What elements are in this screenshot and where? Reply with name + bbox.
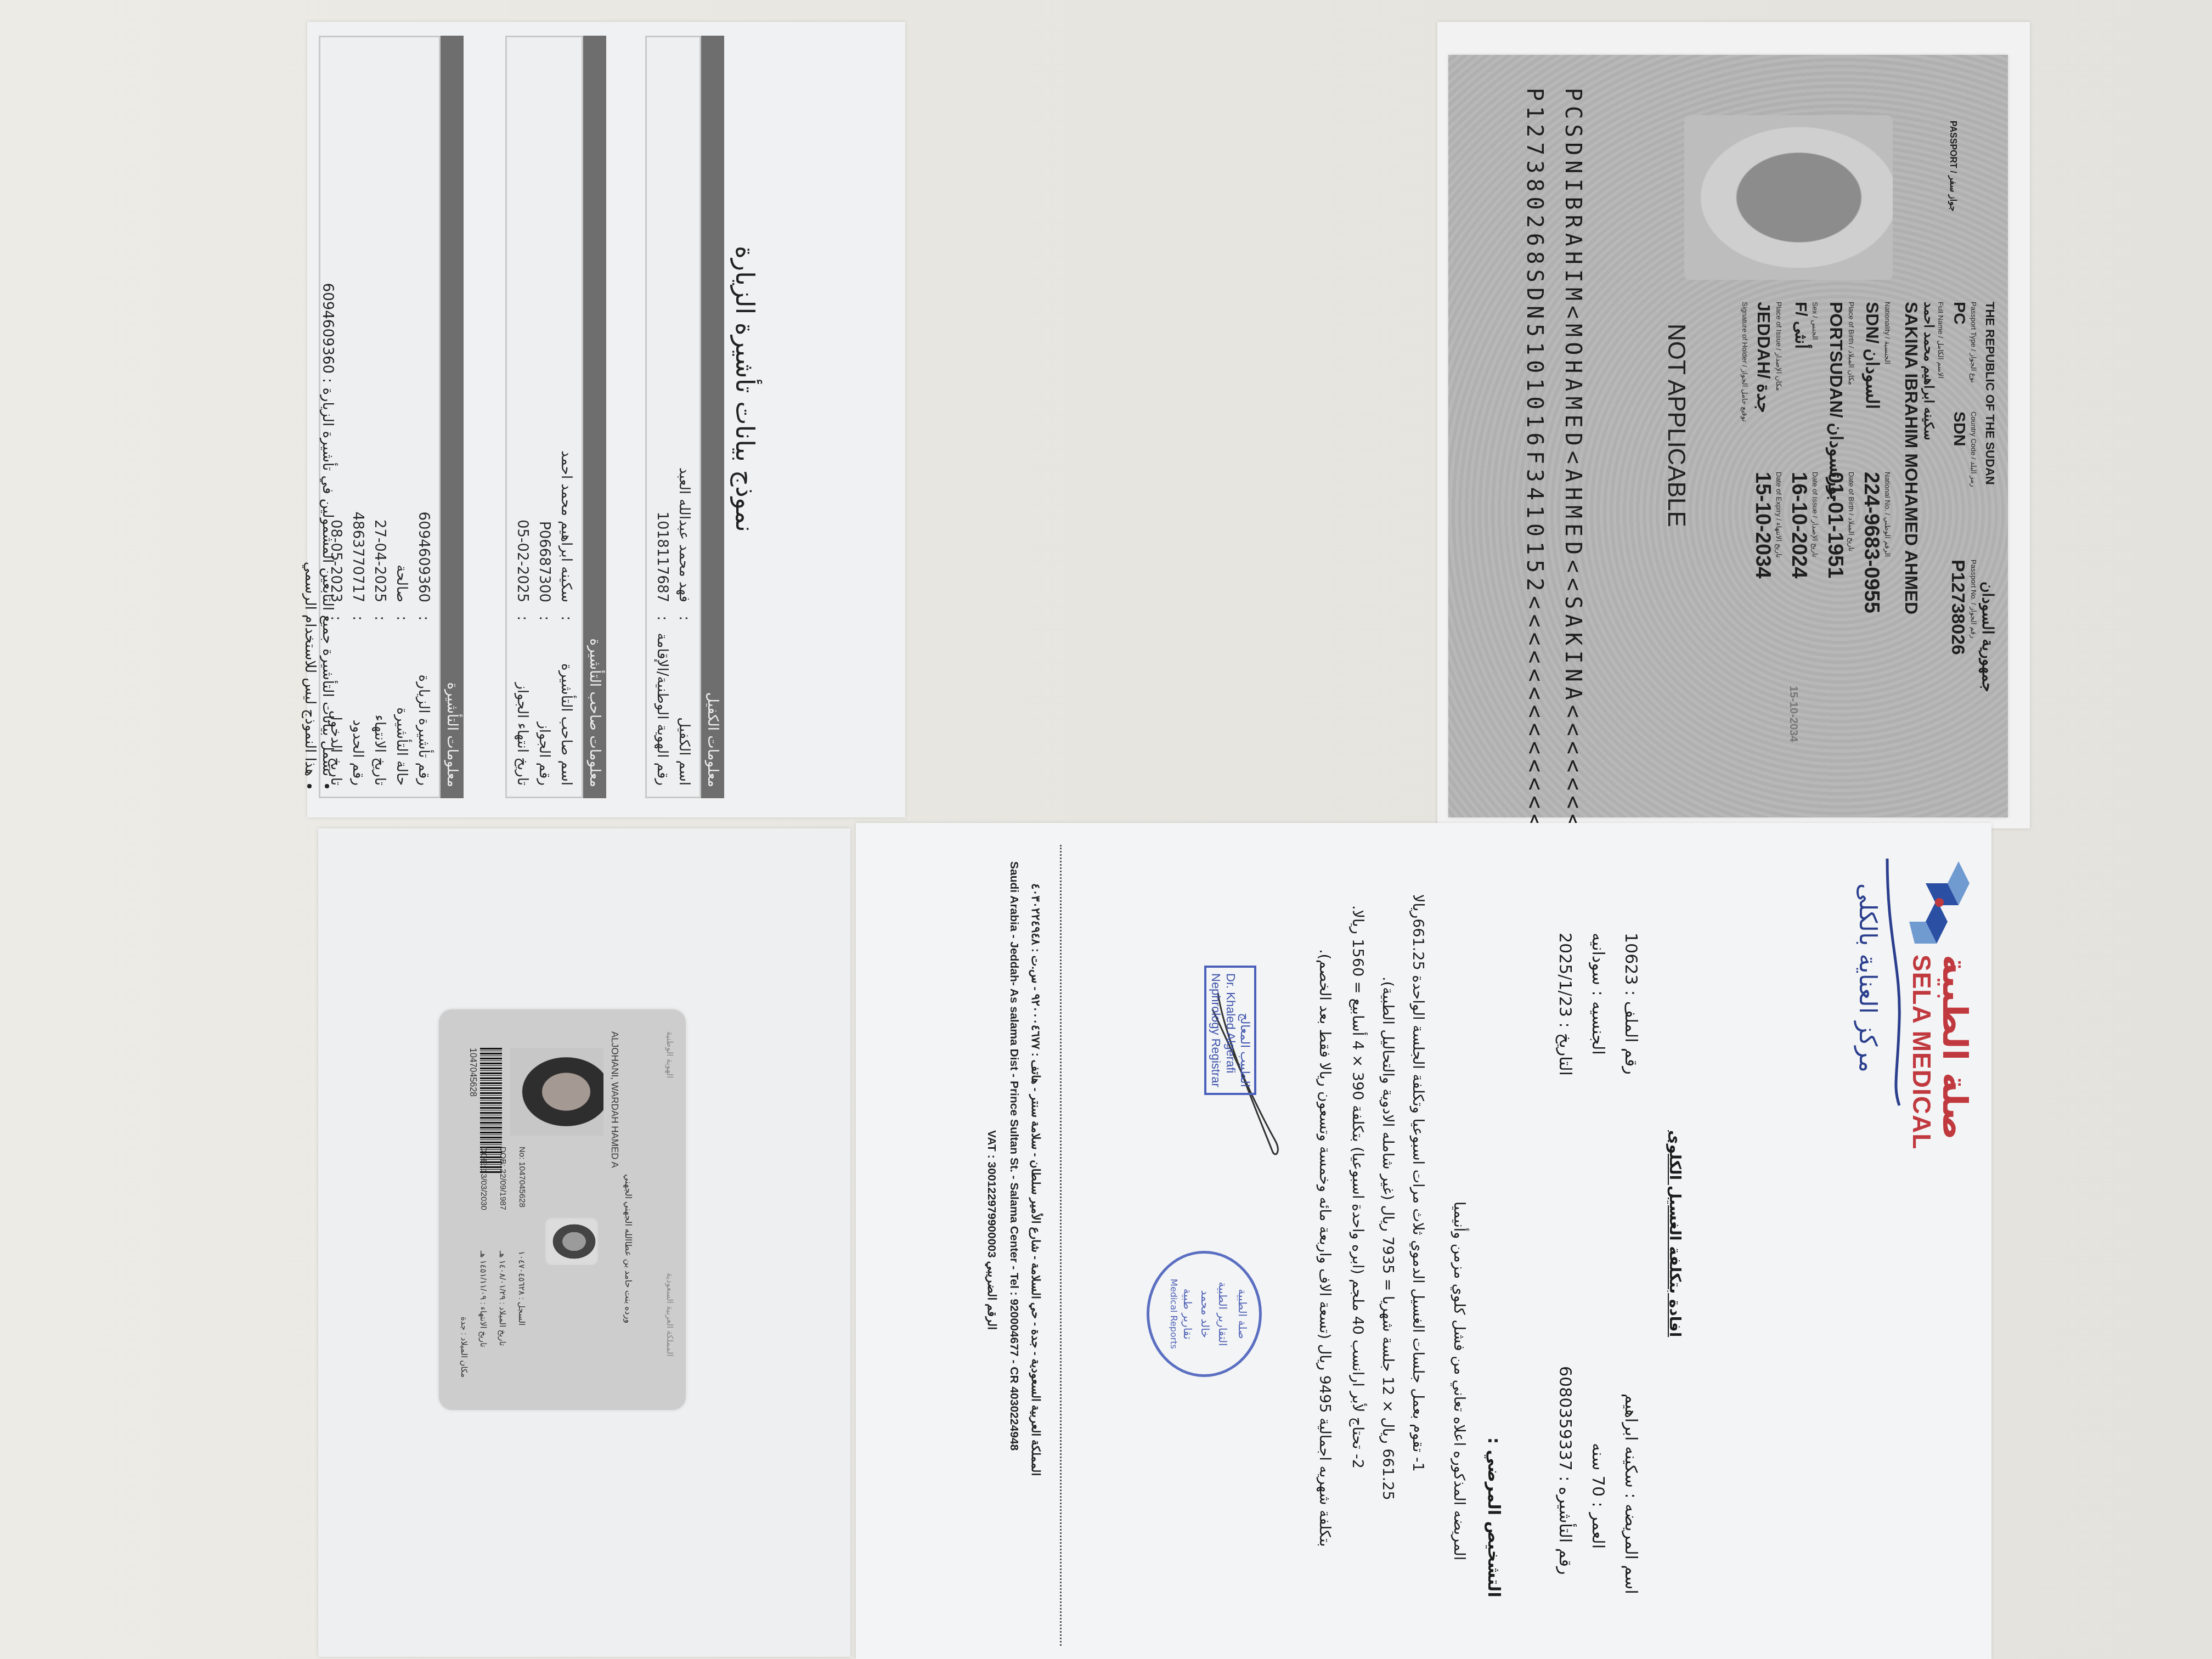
form-notes: تشمل بيانات التأشيرة جميع التابعين المشم… (301, 14, 337, 798)
passport-number: P12738026 (1947, 560, 1968, 655)
file-number-field: رقم الملف : 10623 (1621, 933, 1640, 1075)
id-header-ar: المملكة العربية السعودية (665, 1273, 675, 1357)
ghost-expiry: 15-10-2034 (1787, 686, 1799, 742)
national-id-card: الهوية الوطنية المملكة العربية السعودية … (439, 1009, 686, 1410)
visa-info-section: معلومات التأشيرة رقم تأشيرة الزيارة : 60… (319, 36, 464, 798)
place-of-issue: JEDDAH/ جدة (1753, 302, 1774, 413)
sela-medical-logo-icon (1907, 861, 1970, 944)
country-name-ar: جمهورية السودان (1979, 582, 1997, 692)
monthly-dialysis-line: 661.25 ريال × 12 جلسة شهريا = 7935 ريال … (1379, 977, 1396, 1500)
form-row-visa-expiry: تاريخ الانتهاء : 27-04-2025 (369, 48, 391, 786)
id-dob-row: DOB: 22/09/1987 (498, 1147, 507, 1210)
nationality-field: الجنسيه : سودانيه (1588, 933, 1607, 1055)
injection-cost-line: 2- تحتاج لأبر ارانسب 40 ملجم (ابره واحدة… (1349, 905, 1366, 1469)
barcode-number: 1047045628 (467, 1048, 477, 1097)
id-doe-row: DOE: 13/03/2030 (479, 1147, 488, 1210)
id-header-ar2: الهوية الوطنية (665, 1031, 675, 1078)
footer-vat: VAT : 300122979900003 الرقم الضريبي (985, 1130, 998, 1330)
dialysis-cost-line: 1- تقوم بعمل جلسات الغسيل الدموي ثلاث مر… (1409, 894, 1426, 1472)
logo-name-en: SELA MEDICAL (1907, 955, 1937, 1149)
visa-form-title: نموذج بيانات تأشيرة الزيارة (730, 246, 760, 532)
footer-divider (1060, 845, 1062, 1646)
form-row-sponsor-id: رقم الهوية الوطنية/الإقامة : 1018117687 (651, 48, 673, 786)
logo-wave-divider (1882, 856, 1904, 1108)
signature-not-applicable: NOT APPLICABLE (1662, 324, 1690, 527)
visa-holder-section: معلومات صاحب التأشيرة اسم صاحب التأشيرة … (505, 36, 606, 798)
medical-letter-sheet: صلة الطبية SELA MEDICAL مركز العناية بال… (856, 823, 1991, 1659)
country-name-en: THE REPUBLIC OF THE SUDAN (1983, 302, 1997, 485)
logo-name-ar: صلة الطبية (1935, 955, 1975, 1140)
visa-data-form-sheet: نموذج بيانات تأشيرة الزيارة معلومات الكف… (307, 22, 905, 817)
id-name-en: ALJOHANI, WARDAH HAMED A (609, 1031, 620, 1168)
diagnosis-heading: التشخيص المرضي : (1484, 1437, 1503, 1598)
form-row-passport-expiry: تاريخ انتهاء الجواز : 05-02-2025 (511, 48, 533, 786)
date-of-birth: 01-01-1951 (1823, 472, 1847, 578)
form-row-passport-no: رقم الجواز : P06687300 (533, 48, 555, 786)
footer-address-en: Saudi Arabia - Jeddah- As salama Dist - … (1007, 861, 1020, 1451)
date-of-issue: 16-10-2024 (1787, 472, 1810, 578)
mrz-line-2: P127380268SDN5101016F3410152<<<<<<<<<<<<… (1522, 88, 1547, 905)
footer-address-ar: المملكة العربية السعودية - جدة - حي السل… (1029, 883, 1042, 1476)
id-name-ar: ورده بنت حامد بن عطاالله الجهني الجهني (623, 1174, 634, 1323)
id-number-ar: السجل : ١٠٤٧٠٤٥٦٢٨ (517, 1251, 527, 1325)
total-cost-line: بتكلفة شهريه اجمالية 9495 ريال (تسعة الا… (1316, 949, 1333, 1547)
national-number: 224-9683-0955 (1859, 472, 1883, 613)
id-birthplace-ar: مكان الميلاد : جدة (459, 1317, 469, 1378)
id-dob-ar: تاريخ الميلاد : ١٤٠٨/٠١/٢٩ هـ (498, 1251, 507, 1346)
passport-type: PC (1950, 302, 1968, 325)
form-row-sponsor-name: اسم الكفيل : فهد محمد عبدالله العبد (673, 48, 695, 786)
visa-form-content: نموذج بيانات تأشيرة الزيارة معلومات الكف… (307, 22, 905, 817)
section-header: معلومات الكفيل (701, 36, 724, 798)
nationality: SDN/ السودان (1862, 302, 1883, 409)
id-ghost-photo (545, 1218, 598, 1265)
id-number-row: No: 1047045628 (517, 1147, 527, 1207)
id-doe-ar: تاريخ الانتهاء : ١٤٥١/١١/٠٩ هـ (478, 1251, 488, 1347)
logo-subtitle-ar: مركز العناية بالكلى (1854, 883, 1882, 1073)
passport-data-page: PASSPORT / جواز سفر THE REPUBLIC OF THE … (1448, 55, 2008, 817)
form-row-visa-number: رقم تأشيرة الزيارة : 6094609360 (413, 48, 435, 786)
form-row-border-number: رقم الحدود : 4863770717 (347, 48, 369, 786)
date-of-expiry: 15-10-2034 (1751, 472, 1774, 578)
letter-title: افادة بتكلفة الغسيل الكلوى (1666, 1130, 1684, 1337)
age-field: العمر : 70 سنه (1588, 1443, 1607, 1549)
full-name-ar: سكينه ابراهيم محمد احمد (1921, 302, 1937, 441)
medical-reports-stamp: صلة الطبية التقارير الطبية خالد محمد تقا… (1147, 1251, 1262, 1377)
diagnosis-line: المريضه المذكوره اعلاه تعاني من فشل كلوي… (1451, 1201, 1468, 1560)
mrz-line-1: PCSDNIBRAHIM<MOHAMED<AHMED<<SAKINA<<<<<<… (1560, 88, 1585, 923)
sex: F/ أنثى (1791, 302, 1810, 349)
form-row-visa-status: حالة التأشيرة : صالحة (391, 48, 413, 786)
section-header: معلومات صاحب التأشيرة (583, 36, 606, 798)
visa-number-field: رقم التأشيره : 6080359337 (1555, 1366, 1575, 1575)
full-name-en: SAKINA IBRAHIM MOHAMED AHMED (1901, 302, 1921, 614)
date-field: التاريخ : 2025/1/23 (1555, 933, 1575, 1076)
note-dependents: تشمل بيانات التأشيرة جميع التابعين المشم… (319, 14, 336, 776)
patient-name-field: اسم المريضه : سكينه ابراهيم (1621, 1393, 1640, 1594)
place-of-birth: PORTSUDAN/ بورتسودان (1826, 302, 1847, 500)
form-row-holder-name: اسم صاحب التأشيرة : سكينه ابراهيم محمد ا… (555, 48, 577, 786)
note-unofficial: هذا النموذج ليس للاستخدام الرسمي (302, 14, 318, 776)
section-header: معلومات التأشيرة (441, 36, 464, 798)
id-photo (510, 1048, 603, 1136)
doctor-signature-stamp: الطبيب المعالج Dr. Khaled Algerafi Nephr… (1204, 966, 1256, 1095)
passport-label: PASSPORT / جواز سفر (1948, 121, 1959, 211)
sponsor-info-section: معلومات الكفيل اسم الكفيل : فهد محمد عبد… (645, 36, 724, 798)
passport-holder-photo (1684, 115, 1893, 280)
country-code: SDN (1950, 411, 1968, 446)
